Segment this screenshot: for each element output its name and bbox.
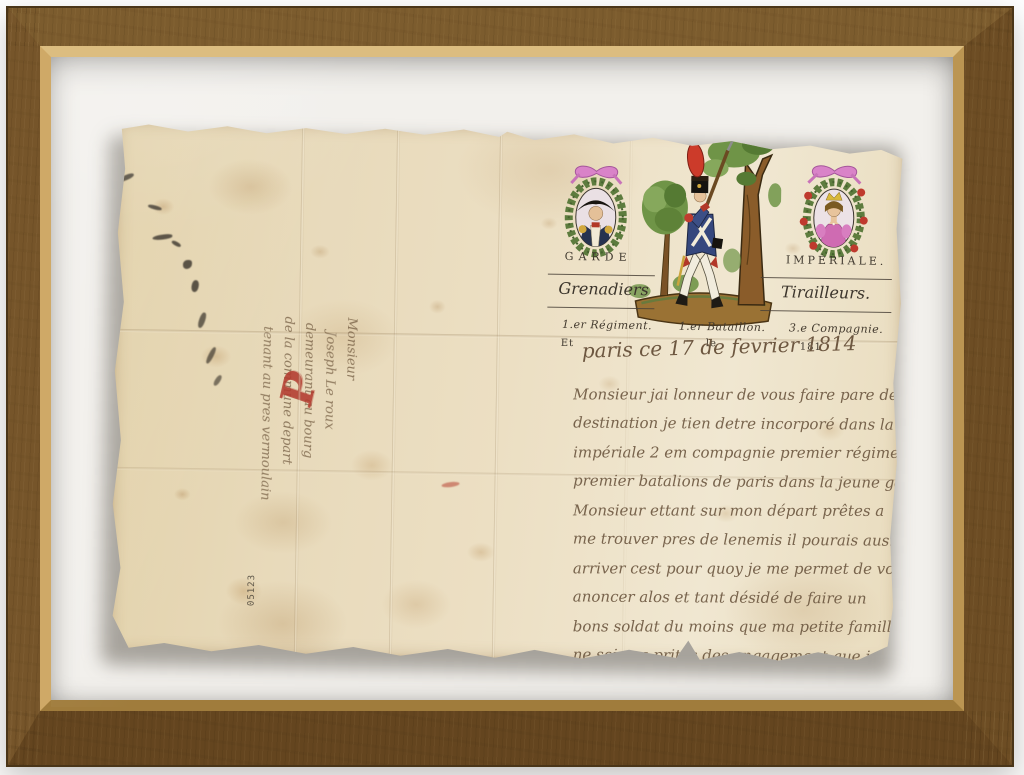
address-line: Monsieur bbox=[338, 317, 362, 517]
letter-line: premier batalions de paris dans la jeune… bbox=[573, 466, 899, 497]
red-ink-mark bbox=[441, 481, 459, 488]
garde-label: GARDE bbox=[548, 250, 648, 265]
address-line: tenant au pres vermoulain bbox=[254, 316, 278, 516]
address-page: Monsieur Joseph Le roux demeurant au bou… bbox=[109, 121, 500, 659]
regiment-label: 1.er Régiment. bbox=[552, 318, 662, 333]
printed-prefix: Et bbox=[561, 338, 574, 349]
tirailleurs-label: Tirailleurs. bbox=[756, 282, 894, 303]
letter-line: arriver cest pour quoy je me permet de v… bbox=[573, 554, 899, 584]
letter-line: Monsieur ettant sur mon départ prêtes a bbox=[573, 496, 899, 526]
photo-background: Monsieur Joseph Le roux demeurant au bou… bbox=[0, 0, 1024, 775]
letter-line: anoncer alos et tant désidé de faire un bbox=[573, 582, 899, 613]
address-line: Joseph Le roux bbox=[317, 317, 341, 517]
ink-smudge bbox=[191, 280, 200, 293]
ink-smudge bbox=[152, 234, 172, 241]
address-line: de la commune depart bbox=[275, 316, 299, 516]
empress-medallion-icon bbox=[794, 160, 874, 263]
letter-sheet: Monsieur Joseph Le roux demeurant au bou… bbox=[109, 121, 905, 665]
letter-body: Monsieur jai lonneur de vous faire pare … bbox=[573, 380, 900, 671]
letter-line: destination je tien detre incorporé dans… bbox=[573, 408, 899, 439]
letter-line: Monsieur jai lonneur de vous faire pare … bbox=[573, 380, 899, 410]
letter-line: impériale 2 em compagnie premier régimen… bbox=[573, 438, 899, 468]
ink-smudge bbox=[205, 346, 218, 364]
emperor-medallion-icon bbox=[558, 161, 634, 262]
letter-line: me trouver pres de lenemis il pourais au… bbox=[573, 524, 899, 555]
grenadiers-label: Grenadiers bbox=[548, 279, 660, 300]
inventory-number-stamp: 05123 bbox=[247, 574, 258, 606]
ink-smudge bbox=[212, 374, 223, 387]
ink-smudge bbox=[171, 240, 182, 248]
address-block: Monsieur Joseph Le roux demeurant au bou… bbox=[241, 316, 362, 518]
ink-smudge bbox=[197, 312, 208, 329]
bataillon-label: 1.er Bataillon. bbox=[670, 320, 774, 335]
letter-line: bons soldat du moins que ma petite famil… bbox=[573, 612, 899, 642]
ink-smudge bbox=[183, 260, 192, 269]
imperiale-label: IMPÉRIALE. bbox=[775, 253, 897, 268]
address-line: demeurant au bourg bbox=[296, 317, 320, 517]
ink-smudge bbox=[148, 204, 163, 211]
